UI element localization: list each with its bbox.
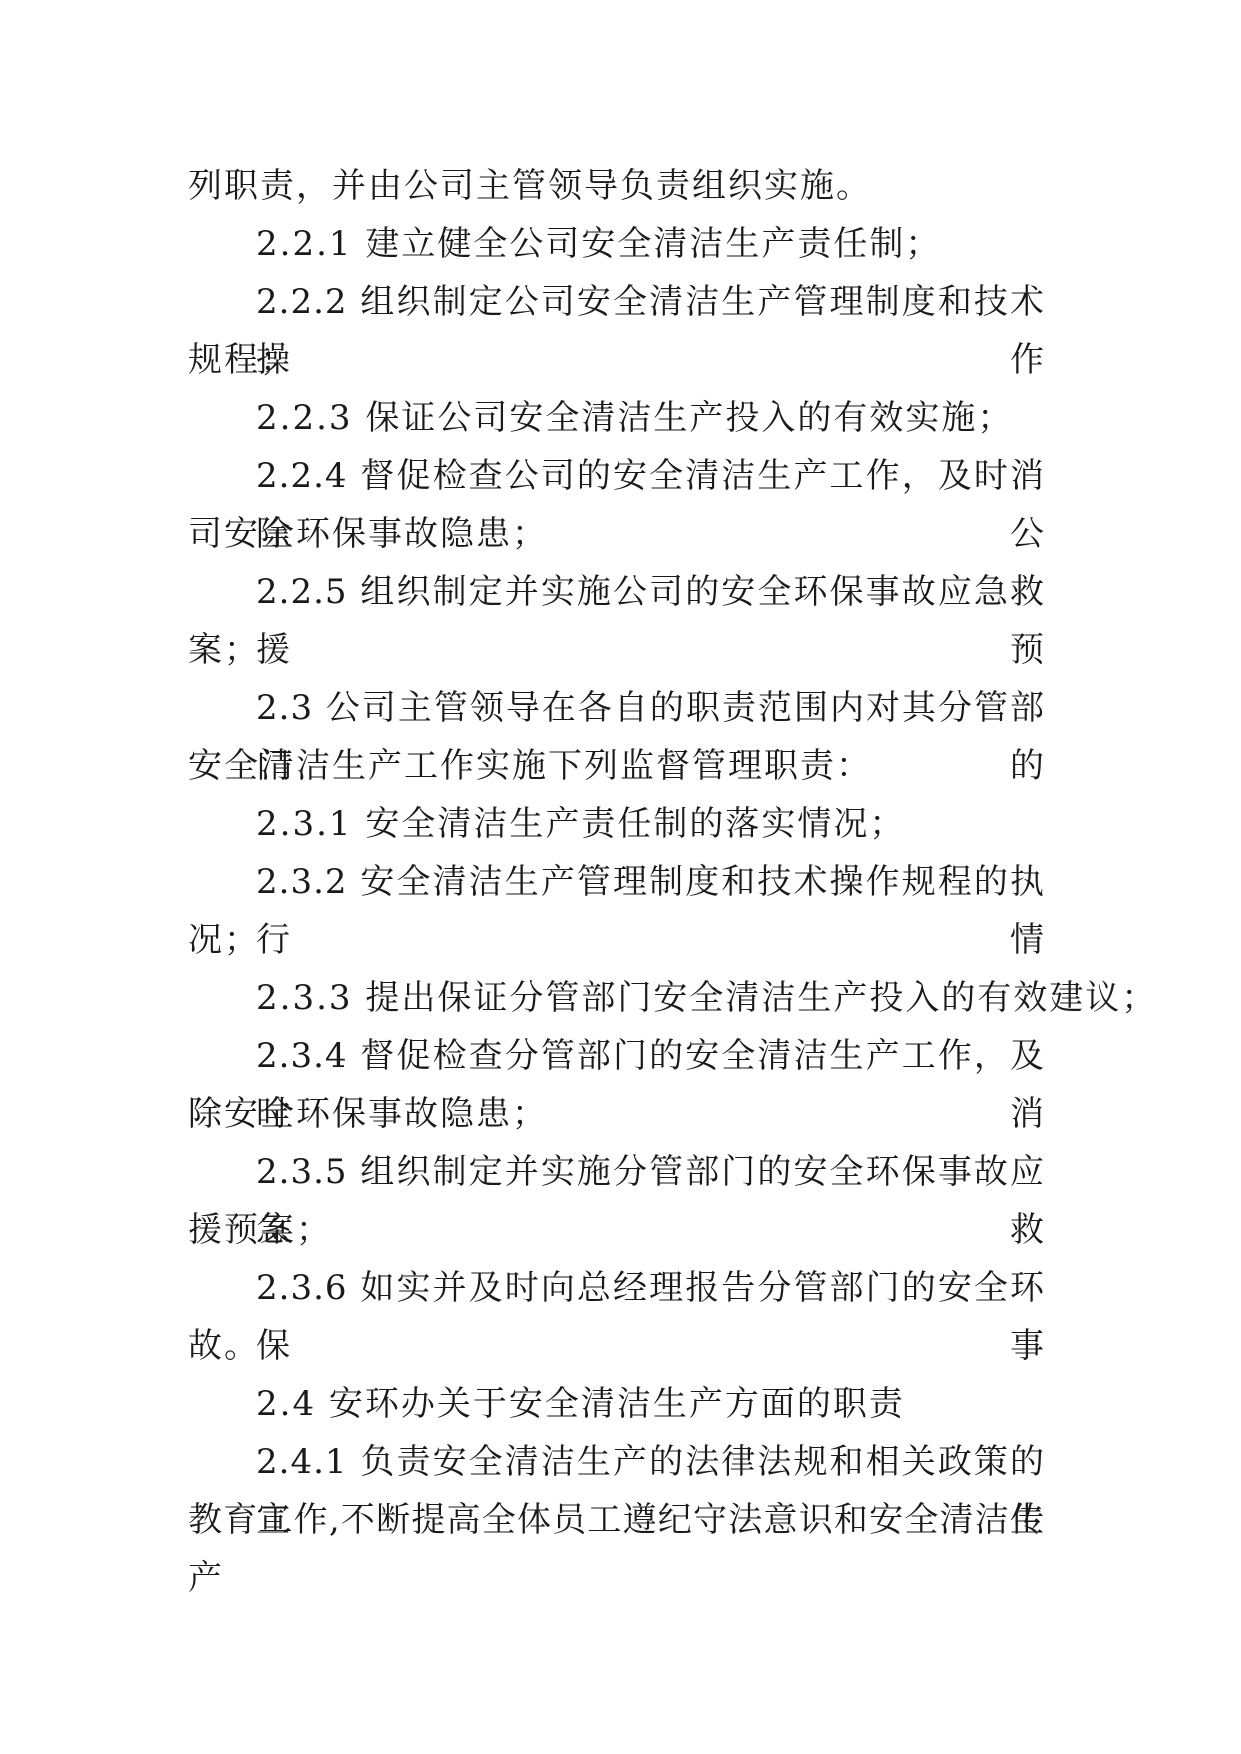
text-line: 2.4 安环办关于安全清洁生产方面的职责 xyxy=(188,1375,1045,1433)
text-line: 2.3.6 如实并及时向总经理报告分管部门的安全环保事 xyxy=(188,1259,1045,1317)
document-page: 列职责，并由公司主管领导负责组织实施。2.2.1 建立健全公司安全清洁生产责任制… xyxy=(0,0,1241,1754)
text-line: 列职责，并由公司主管领导负责组织实施。 xyxy=(188,157,1045,215)
text-block: 列职责，并由公司主管领导负责组织实施。2.2.1 建立健全公司安全清洁生产责任制… xyxy=(188,157,1045,1549)
text-line: 2.2.3 保证公司安全清洁生产投入的有效实施； xyxy=(188,389,1045,447)
text-line: 2.4.1 负责安全清洁生产的法律法规和相关政策的宣传 xyxy=(188,1433,1045,1491)
text-line: 2.3.4 督促检查分管部门的安全清洁生产工作，及时消 xyxy=(188,1027,1045,1085)
text-line: 2.3.1 安全清洁生产责任制的落实情况； xyxy=(188,795,1045,853)
text-line: 2.3.5 组织制定并实施分管部门的安全环保事故应急救 xyxy=(188,1143,1045,1201)
text-line: 2.3.2 安全清洁生产管理制度和技术操作规程的执行情 xyxy=(188,853,1045,911)
text-line: 2.2.4 督促检查公司的安全清洁生产工作，及时消除公 xyxy=(188,447,1045,505)
text-line: 2.2.2 组织制定公司安全清洁生产管理制度和技术操作 xyxy=(188,273,1045,331)
text-line: 2.2.1 建立健全公司安全清洁生产责任制； xyxy=(188,215,1045,273)
text-line: 教育工作,不断提高全体员工遵纪守法意识和安全清洁生产 xyxy=(188,1491,1045,1549)
text-line: 2.2.5 组织制定并实施公司的安全环保事故应急救援预 xyxy=(188,563,1045,621)
text-line: 2.3.3 提出保证分管部门安全清洁生产投入的有效建议； xyxy=(188,969,1045,1027)
text-line: 2.3 公司主管领导在各自的职责范围内对其分管部门的 xyxy=(188,679,1045,737)
